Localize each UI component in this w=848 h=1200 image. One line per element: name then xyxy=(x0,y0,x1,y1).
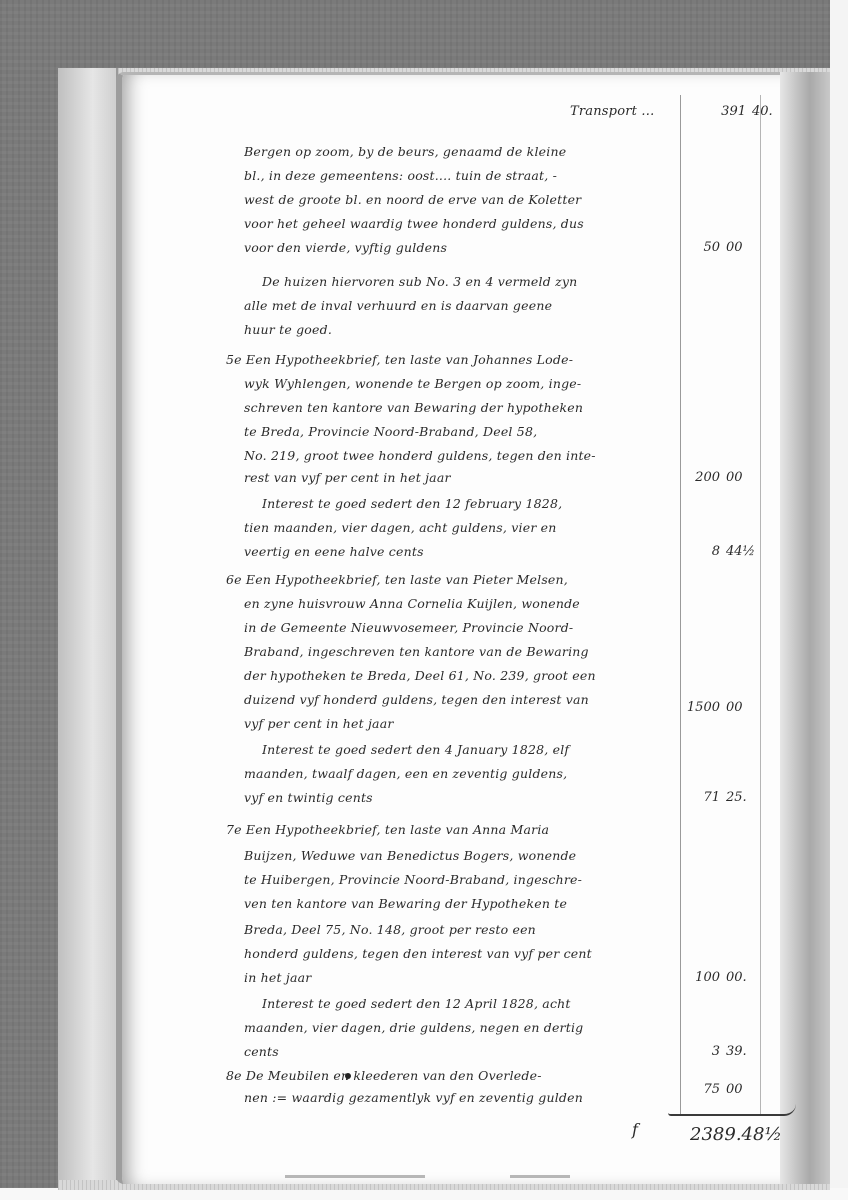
text-line: bl., in deze gemeentens: oost.... tuin d… xyxy=(244,168,674,183)
text-line: te Huibergen, Provincie Noord-Braband, i… xyxy=(244,872,674,887)
ink-blot xyxy=(345,1073,351,1079)
text-line: en zyne huisvrouw Anna Cornelia Kuijlen,… xyxy=(244,596,674,611)
text-line: vyf per cent in het jaar xyxy=(244,716,674,731)
text-line: voor den vierde, vyftig guldens xyxy=(244,240,674,255)
amount-row: 7500 xyxy=(650,1082,754,1097)
text-line: in het jaar xyxy=(244,970,674,985)
text-line: maanden, twaalf dagen, een en zeventig g… xyxy=(244,766,674,781)
text-line: in de Gemeente Nieuwvosemeer, Provincie … xyxy=(244,620,674,635)
text-line: Interest te goed sedert den 12 february … xyxy=(262,496,692,511)
amount-cents: 25. xyxy=(726,790,754,805)
item-heading-8: 8e De Meubilen en kleederen van den Over… xyxy=(226,1068,656,1083)
florin-sign: f xyxy=(632,1120,638,1139)
grand-total: 2389.48½ xyxy=(690,1124,782,1145)
amount-cents: 00. xyxy=(726,970,754,985)
amount-cents: 44½ xyxy=(726,544,754,559)
text-line: voor het geheel waardig twee honderd gul… xyxy=(244,216,674,231)
item-heading-7: 7e Een Hypotheekbrief, ten laste van Ann… xyxy=(226,822,656,837)
text-line: nen := waardig gezamentlyk vyf en zevent… xyxy=(244,1090,674,1105)
text-line: wyk Wyhlengen, wonende te Bergen op zoom… xyxy=(244,376,674,391)
scan-margin-right xyxy=(830,0,848,1200)
amount-row: 5000 xyxy=(650,240,754,255)
text-line: veertig en eene halve cents xyxy=(244,544,674,559)
amount-row: 7125. xyxy=(650,790,754,805)
amount-row: 844½ xyxy=(650,544,754,559)
amount-row: 339. xyxy=(650,1044,754,1059)
text-line: alle met de inval verhuurd en is daarvan… xyxy=(244,298,674,313)
amount-guilders: 71 xyxy=(650,790,720,805)
scan-smudge xyxy=(510,1175,570,1178)
amount-guilders: 3 xyxy=(650,1044,720,1059)
text-line: Interest te goed sedert den 4 January 18… xyxy=(262,742,692,757)
transport-cents: 40. xyxy=(752,104,780,119)
binding-shadow xyxy=(780,72,830,1184)
cents-column-rule xyxy=(760,95,761,1115)
scan-smudge xyxy=(285,1175,425,1178)
amount-cents: 39. xyxy=(726,1044,754,1059)
text-line: maanden, vier dagen, drie guldens, negen… xyxy=(244,1020,674,1035)
text-line: ven ten kantore van Bewaring der Hypothe… xyxy=(244,896,674,911)
text-line: De huizen hiervoren sub No. 3 en 4 verme… xyxy=(262,274,692,289)
text-line: Interest te goed sedert den 12 April 182… xyxy=(262,996,692,1011)
text-line: honderd guldens, tegen den interest van … xyxy=(244,946,674,961)
total-cents: 48½ xyxy=(742,1124,782,1145)
amount-cents: 00 xyxy=(726,240,754,255)
text-line: vyf en twintig cents xyxy=(244,790,674,805)
amount-row: 20000 xyxy=(650,470,754,485)
amount-guilders: 8 xyxy=(650,544,720,559)
item-heading-6: 6e Een Hypotheekbrief, ten laste van Pie… xyxy=(226,572,656,587)
transport-label: Transport ... xyxy=(570,104,654,119)
total-guilders: 2389 xyxy=(690,1124,736,1145)
text-line: Braband, ingeschreven ten kantore van de… xyxy=(244,644,674,659)
text-line: tien maanden, vier dagen, acht guldens, … xyxy=(244,520,674,535)
amount-guilders: 200 xyxy=(650,470,720,485)
transport-guilders: 391 xyxy=(676,104,746,119)
amount-row: 10000. xyxy=(650,970,754,985)
transport-amount: 39140. xyxy=(676,104,780,119)
text-line: Buijzen, Weduwe van Benedictus Bogers, w… xyxy=(244,848,674,863)
text-line: schreven ten kantore van Bewaring der hy… xyxy=(244,400,674,415)
text-line: west de groote bl. en noord de erve van … xyxy=(244,192,674,207)
text-line: No. 219, groot twee honderd guldens, teg… xyxy=(244,448,674,463)
text-line: duizend vyf honderd guldens, tegen den i… xyxy=(244,692,674,707)
item-heading-5: 5e Een Hypotheekbrief, ten laste van Joh… xyxy=(226,352,656,367)
text-line: rest van vyf per cent in het jaar xyxy=(244,470,674,485)
amount-cents: 00 xyxy=(726,700,754,715)
text-line: cents xyxy=(244,1044,674,1059)
amount-row: 150000 xyxy=(650,700,754,715)
text-line: Bergen op zoom, by de beurs, genaamd de … xyxy=(244,144,674,159)
amount-cents: 00 xyxy=(726,470,754,485)
folded-page-edge xyxy=(58,68,118,1180)
total-rule-flourish xyxy=(668,1104,796,1116)
text-line: Breda, Deel 75, No. 148, groot per resto… xyxy=(244,922,674,937)
text-line: huur te goed. xyxy=(244,322,674,337)
amount-guilders: 1500 xyxy=(650,700,720,715)
amount-guilders: 50 xyxy=(650,240,720,255)
amount-guilders: 100 xyxy=(650,970,720,985)
amount-cents: 00 xyxy=(726,1082,754,1097)
text-line: der hypotheken te Breda, Deel 61, No. 23… xyxy=(244,668,674,683)
amount-guilders: 75 xyxy=(650,1082,720,1097)
text-line: te Breda, Provincie Noord-Braband, Deel … xyxy=(244,424,674,439)
